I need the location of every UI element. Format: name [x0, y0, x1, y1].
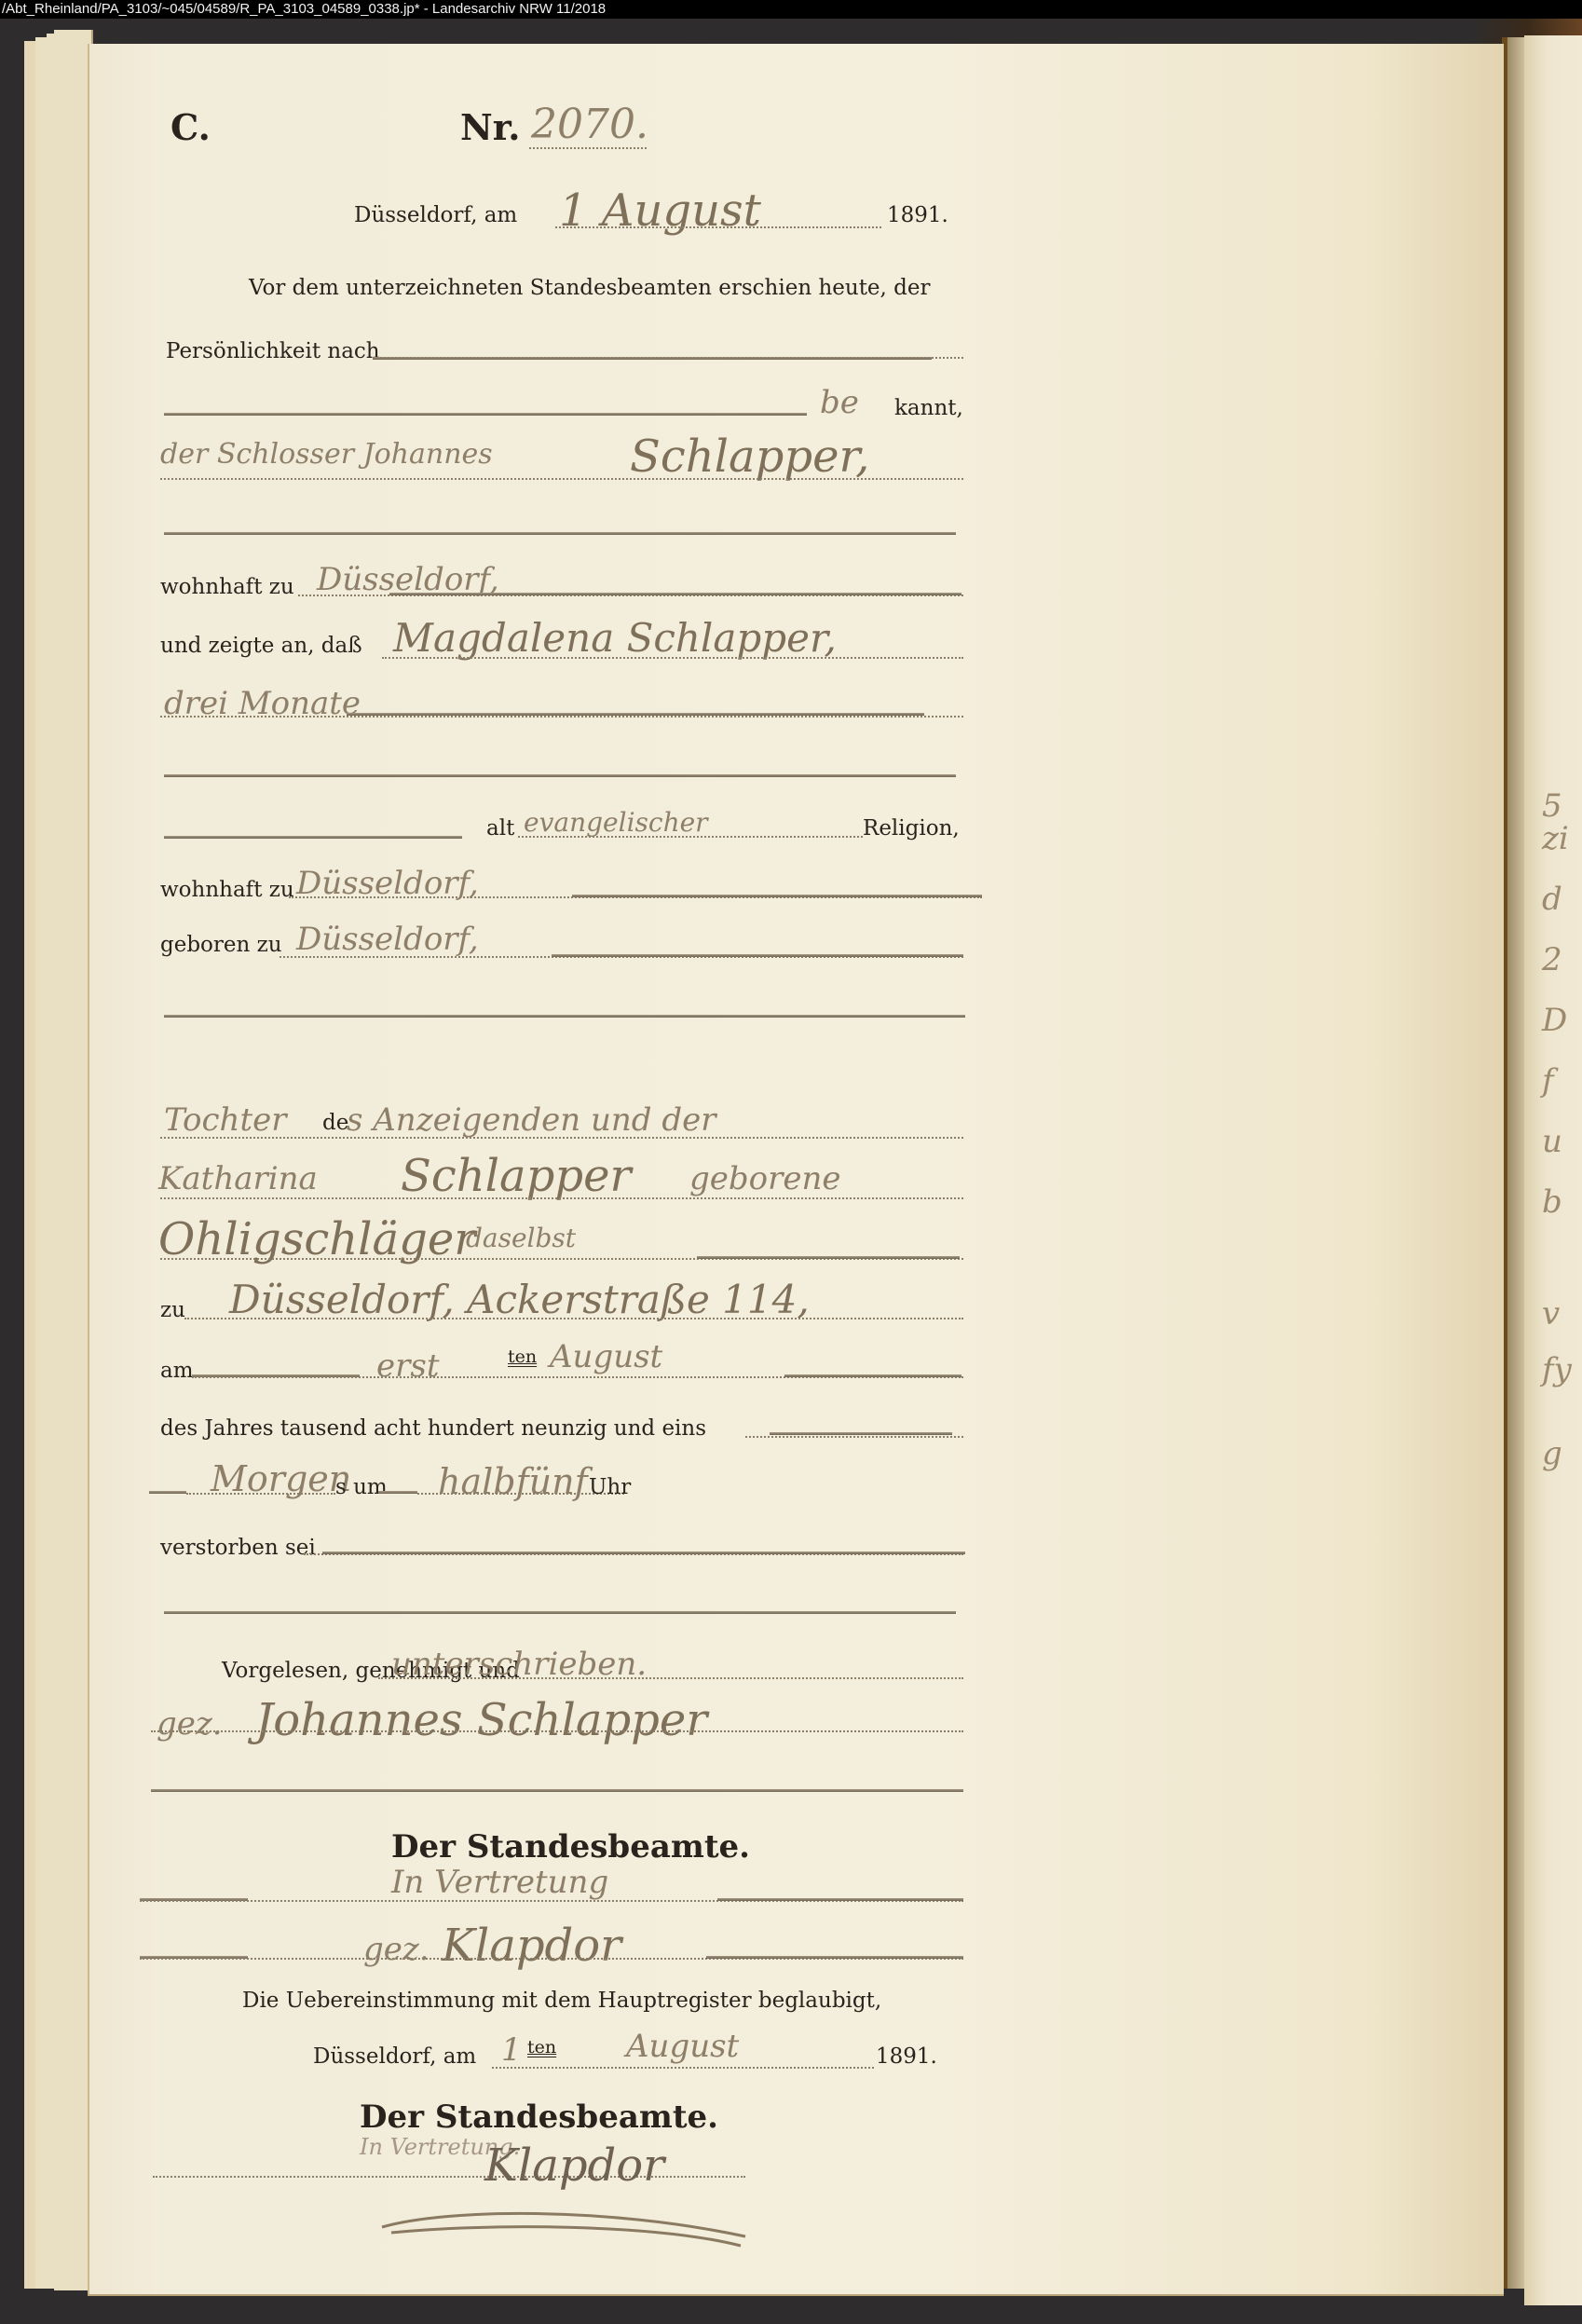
dotted-rule — [555, 226, 881, 228]
dotted-rule — [382, 657, 963, 659]
registration-date: 1 August — [559, 185, 761, 237]
blank-line — [164, 1611, 956, 1614]
time-value: halbfünf — [438, 1461, 588, 1502]
informant-residence-label: wohnhaft zu — [160, 575, 294, 599]
registrar-deputy: In Vertretung — [391, 1864, 608, 1901]
facing-page-fragment: zi — [1542, 820, 1569, 857]
religion-value: evangelischer — [524, 807, 708, 838]
gutter-shadow — [1507, 37, 1524, 2289]
mother-born-label: geborene — [689, 1160, 841, 1197]
dotted-rule — [160, 1137, 963, 1139]
birthplace-label: geboren zu — [160, 933, 282, 957]
known-suffix: kannt, — [894, 396, 963, 420]
dotted-rule — [184, 1318, 963, 1319]
blank-line — [572, 895, 982, 897]
death-place: Düsseldorf, Ackerstraße 114, — [229, 1277, 810, 1322]
dotted-rule — [151, 1730, 963, 1732]
blank-line — [164, 836, 462, 839]
cert-month: August — [626, 2028, 739, 2065]
dotted-rule — [492, 2067, 874, 2069]
blank-line — [322, 1552, 965, 1554]
known-prefix: be — [820, 384, 859, 421]
blank-line — [347, 713, 924, 716]
blank-line — [717, 1898, 963, 1901]
religion-label: Religion, — [863, 816, 960, 841]
death-place-label: zu — [160, 1298, 185, 1322]
death-day-suffix: ten — [508, 1347, 537, 1367]
died-label: verstorben sei — [160, 1536, 316, 1560]
blank-line — [378, 1491, 417, 1494]
facing-page-fragment: b — [1542, 1183, 1562, 1221]
dotted-rule — [378, 1677, 963, 1679]
dotted-rule — [745, 1436, 963, 1438]
dotted-rule — [160, 716, 963, 718]
dotted-rule — [160, 478, 963, 480]
age-label: alt — [486, 816, 514, 841]
blank-line — [770, 1432, 952, 1435]
signature-flourish — [373, 2180, 764, 2255]
cert-day: 1 — [501, 2031, 522, 2069]
facing-page-fragment: f — [1542, 1062, 1554, 1100]
mother-residence: daselbst — [466, 1223, 576, 1253]
series-letter: C. — [170, 106, 211, 148]
deceased-name: Magdalena Schlapper, — [393, 615, 837, 661]
registrar-signature-prefix: gez. — [363, 1931, 430, 1968]
window-title-bar: /Abt_Rheinland/PA_3103/~045/04589/R_PA_3… — [0, 0, 1582, 19]
intro-text: Vor dem unterzeichneten Standesbeamten e… — [249, 276, 931, 300]
deceased-residence-label: wohnhaft zu — [160, 878, 294, 902]
place-label: Düsseldorf, am — [354, 203, 517, 227]
blank-line — [552, 954, 963, 957]
facing-page-fragment: fy — [1542, 1351, 1572, 1388]
informant-occupation: der Schlosser Johannes — [160, 438, 493, 471]
death-day: erst — [376, 1347, 440, 1385]
dotted-rule — [518, 836, 863, 838]
blank-line — [164, 1015, 965, 1018]
mother-surname: Schlapper — [401, 1150, 631, 1202]
relation-text-2: s Anzeigenden und der — [347, 1101, 716, 1139]
year-text: des Jahres tausend acht hundert neunzig … — [160, 1416, 706, 1441]
blank-line — [164, 532, 956, 535]
facing-page-fragment: D — [1542, 1002, 1567, 1039]
informant-signature-prefix: gez. — [157, 1705, 223, 1743]
cert-day-suffix: ten — [527, 2037, 556, 2057]
facing-page-fragment: 2 — [1542, 941, 1562, 978]
relation-print: de — [322, 1111, 348, 1135]
dotted-rule — [186, 1493, 335, 1495]
blank-line — [697, 1256, 960, 1259]
blank-line — [149, 1491, 186, 1494]
relation-text: Tochter — [164, 1101, 286, 1139]
announce-label: und zeigte an, daß — [160, 634, 362, 658]
blank-line — [706, 1956, 963, 1959]
death-month: August — [550, 1338, 662, 1375]
blank-line — [164, 413, 807, 416]
time-connector: s um — [335, 1475, 388, 1499]
mother-first-name: Katharina — [158, 1160, 318, 1197]
death-day-label: am — [160, 1359, 194, 1383]
cert-registrar-title: Der Standesbeamte. — [360, 2098, 718, 2136]
informant-signature: Johannes Schlapper — [255, 1694, 707, 1746]
time-unit: Uhr — [589, 1475, 631, 1499]
blank-line — [389, 593, 961, 595]
registrar-signature: Klapdor — [442, 1920, 621, 1972]
facing-page-fragment: 5 — [1542, 787, 1562, 825]
informant-surname: Schlapper, — [630, 431, 869, 483]
record-number: 2070. — [531, 101, 648, 148]
facing-page — [1524, 35, 1582, 2305]
cert-place-label: Düsseldorf, am — [313, 2044, 476, 2069]
registrar-title: Der Standesbeamte. — [391, 1828, 750, 1866]
blank-line — [784, 1374, 961, 1377]
identity-label: Persönlichkeit nach — [166, 339, 380, 363]
registration-year: 1891. — [887, 203, 948, 227]
record-number-label: Nr. — [460, 106, 521, 148]
blank-line — [164, 774, 956, 777]
facing-page-fragment: v — [1542, 1295, 1560, 1333]
blank-line — [151, 1789, 963, 1792]
facing-page-fragment: d — [1542, 881, 1562, 918]
facing-page-fragment: u — [1542, 1123, 1562, 1160]
facing-page-fragment: g — [1542, 1435, 1562, 1472]
birthplace: Düsseldorf, — [296, 921, 479, 958]
window-title: /Abt_Rheinland/PA_3103/~045/04589/R_PA_3… — [2, 1, 606, 17]
dotted-rule — [373, 357, 963, 359]
cert-year: 1891. — [876, 2044, 937, 2069]
certification-text: Die Uebereinstimmung mit dem Hauptregist… — [242, 1989, 881, 2013]
dotted-rule — [529, 147, 647, 149]
dotted-rule — [160, 1197, 963, 1199]
